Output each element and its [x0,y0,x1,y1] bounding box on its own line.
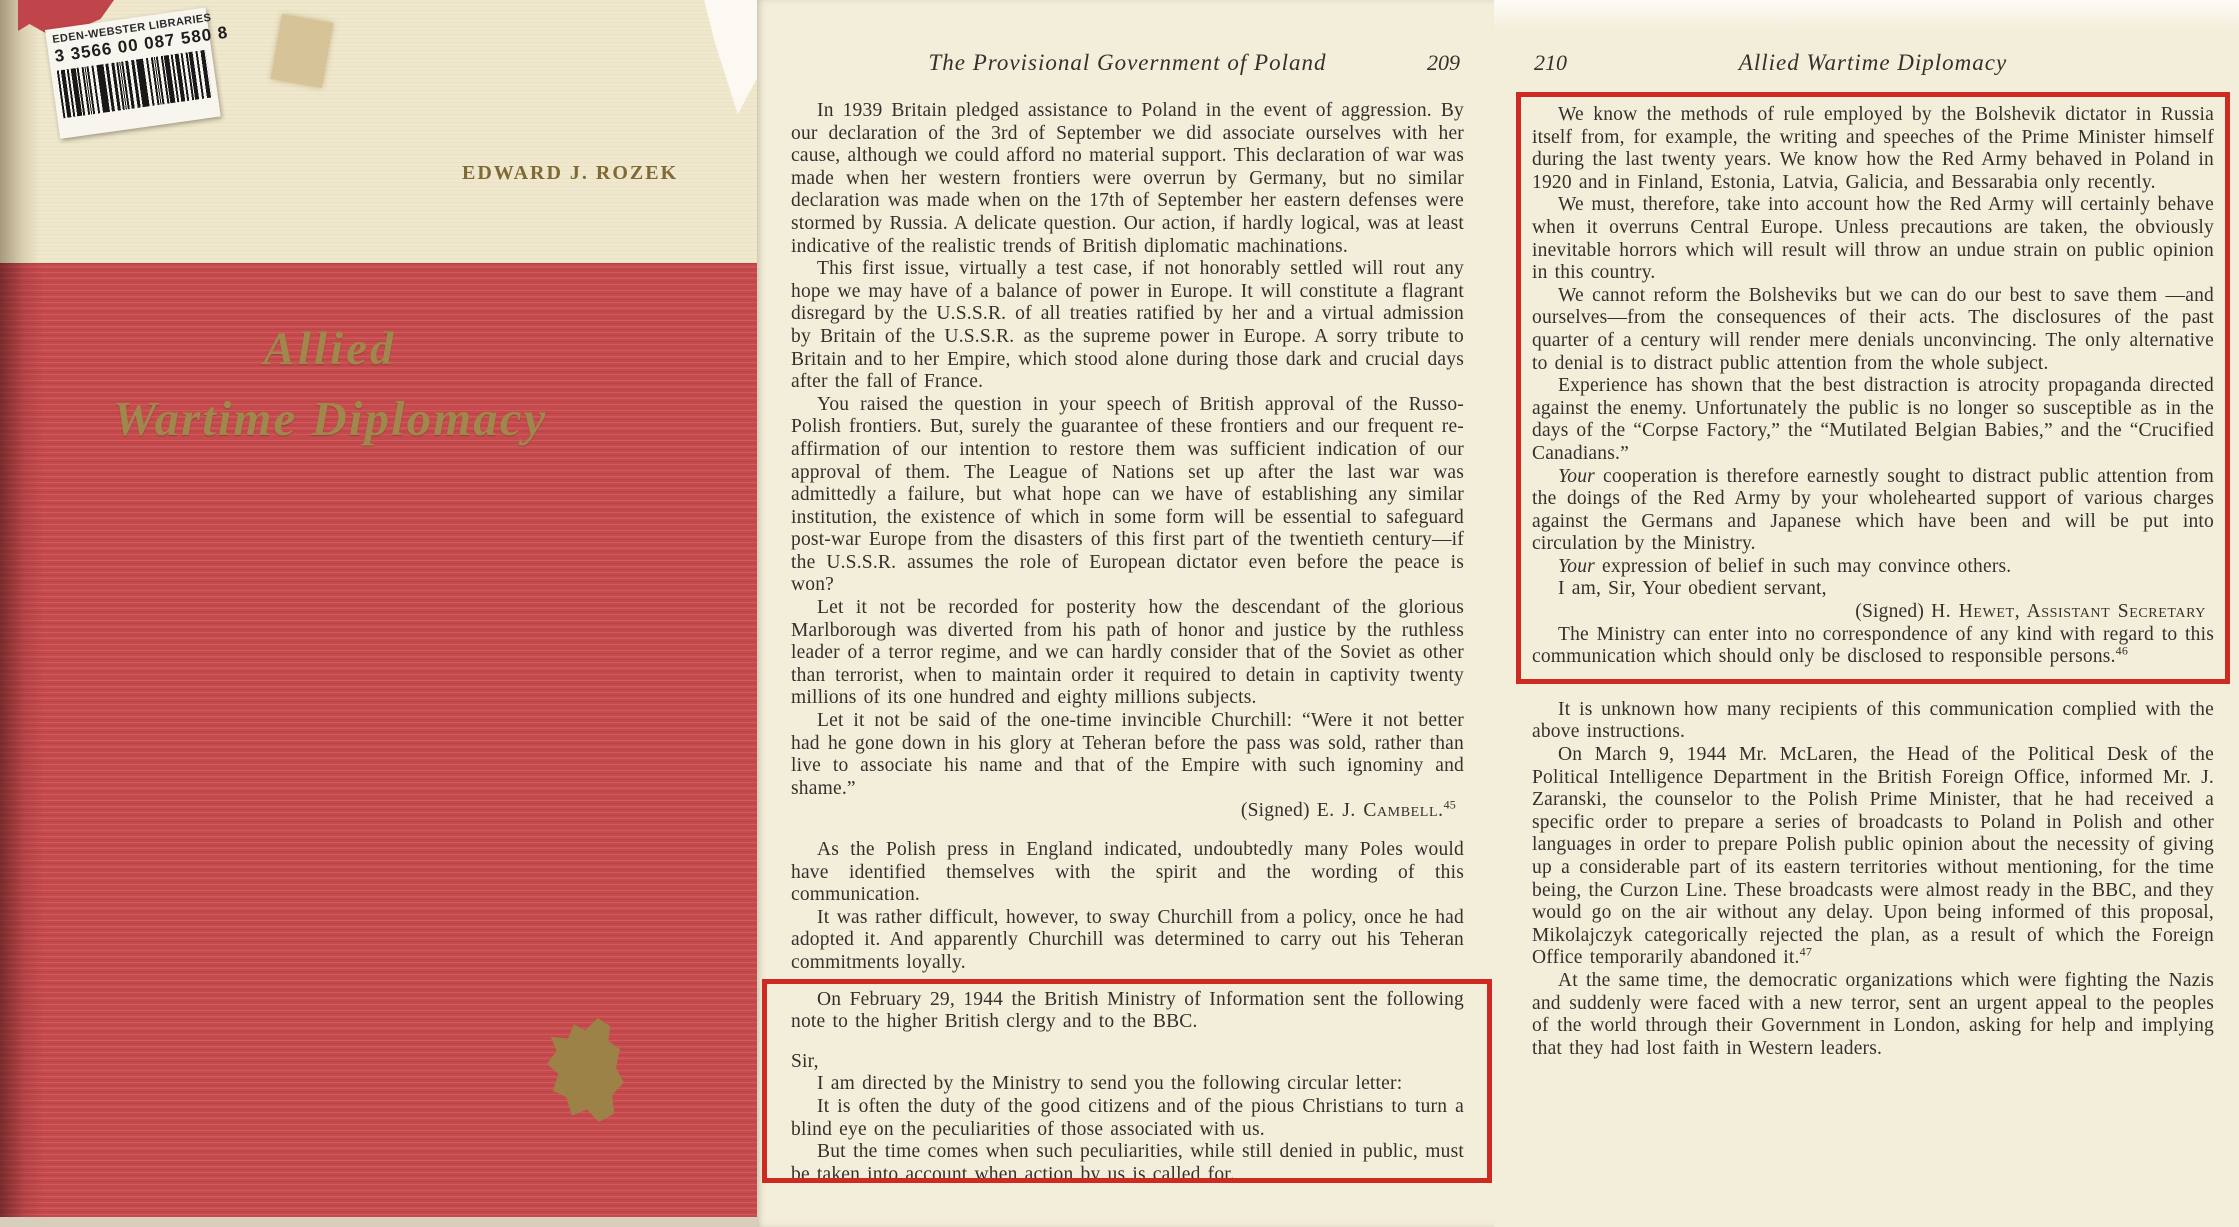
running-title: Allied Wartime Diplomacy [1532,50,2214,76]
paragraph: As the Polish press in England indicated… [791,839,1464,907]
signature-line: (Signed) H. Hewet, Assistant Secretary [1532,601,2214,624]
tape-residue [271,14,334,88]
book-cover: EDEN-WEBSTER LIBRARIES 3 3566 00 087 580… [0,0,757,1227]
paragraph: Let it not be recorded for posterity how… [791,597,1464,710]
page-210: 210 Allied Wartime Diplomacy We know the… [1494,0,2239,1227]
dust-jacket-top: EDEN-WEBSTER LIBRARIES 3 3566 00 087 580… [0,0,757,263]
paragraph: Let it not be said of the one-time invin… [791,710,1464,800]
author-name: EDWARD J. ROZEK [462,162,678,185]
emphasis-lead: Your [1558,466,1595,487]
paragraph: The Ministry can enter into no correspon… [1532,624,2214,669]
paragraph: We know the methods of rule employed by … [1532,104,2214,194]
page-209: The Provisional Government of Poland 209… [757,0,1494,1227]
paragraph: This first issue, virtually a test case,… [791,258,1464,394]
book-scan-screenshot: { "cover": { "author": "EDWARD J. ROZEK"… [0,0,2239,1227]
page-209-header: The Provisional Government of Poland 209 [791,50,1464,86]
highlight-box-circular-letter: We know the methods of rule employed by … [1516,92,2230,684]
letter-line: It is often the duty of the good citizen… [791,1096,1464,1141]
signatory-name: H. Hewet, Assistant Secretary [1931,601,2206,622]
paragraph: In 1939 Britain pledged assistance to Po… [791,100,1464,258]
paragraph: Your cooperation is therefore earnestly … [1532,466,2214,556]
spine-shadow [0,263,44,1227]
signature-line: (Signed) E. J. Cambell.45 [791,800,1464,823]
footnote-marker: 46 [2116,644,2128,658]
library-barcode-sticker: EDEN-WEBSTER LIBRARIES 3 3566 00 087 580… [45,7,221,138]
highlight-box-letter-intro: On February 29, 1944 the British Ministr… [762,979,1492,1183]
letter-line: I am, Sir, Your obedient servant, [1532,578,2214,601]
worn-paper-corner [685,0,757,114]
cover-bottom-edge [0,1217,757,1227]
emphasis-lead: Your [1558,556,1595,577]
page-number: 209 [1427,50,1460,76]
paragraph: Experience has shown that the best distr… [1532,375,2214,465]
letter-line: I am directed by the Ministry to send yo… [791,1073,1464,1096]
paragraph: On March 9, 1944 Mr. McLaren, the Head o… [1532,744,2214,970]
book-title-line1: Allied [60,322,600,376]
signatory-name: E. J. Cambell. [1317,800,1444,821]
paragraph: It is unknown how many recipients of thi… [1532,699,2214,744]
paragraph: Your expression of belief in such may co… [1532,556,2214,579]
paragraph: On February 29, 1944 the British Ministr… [791,989,1464,1034]
salutation: Sir, [791,1051,1464,1074]
page-210-header: 210 Allied Wartime Diplomacy [1532,50,2214,86]
paragraph: It was rather difficult, however, to swa… [791,907,1464,975]
book-title: Allied Wartime Diplomacy [60,322,600,447]
spine-shadow [0,0,40,263]
paragraph: We cannot reform the Bolsheviks but we c… [1532,285,2214,375]
footnote-marker: 47 [1800,945,1812,959]
paragraph: At the same time, the democratic organiz… [1532,970,2214,1060]
paragraph: We must, therefore, take into account ho… [1532,194,2214,284]
running-title: The Provisional Government of Poland [791,50,1464,76]
letter-line: But the time comes when such peculiariti… [791,1141,1464,1182]
footnote-marker: 45 [1444,798,1456,812]
paragraph: You raised the question in your speech o… [791,394,1464,597]
book-title-line2: Wartime Diplomacy [60,390,600,447]
